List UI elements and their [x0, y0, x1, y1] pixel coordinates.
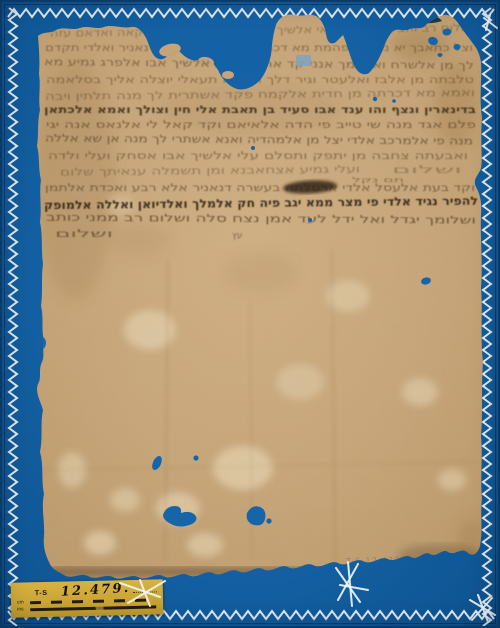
- thread-tangle: [336, 562, 368, 606]
- loose-threads: [0, 0, 500, 628]
- thread-over-label: [120, 580, 165, 606]
- thread-top-right: [484, 15, 497, 30]
- thread-corner: [470, 595, 495, 622]
- photo-stage: שלום רב והצלחה אל מולאי אלשיך אבו עלי אט…: [0, 0, 500, 628]
